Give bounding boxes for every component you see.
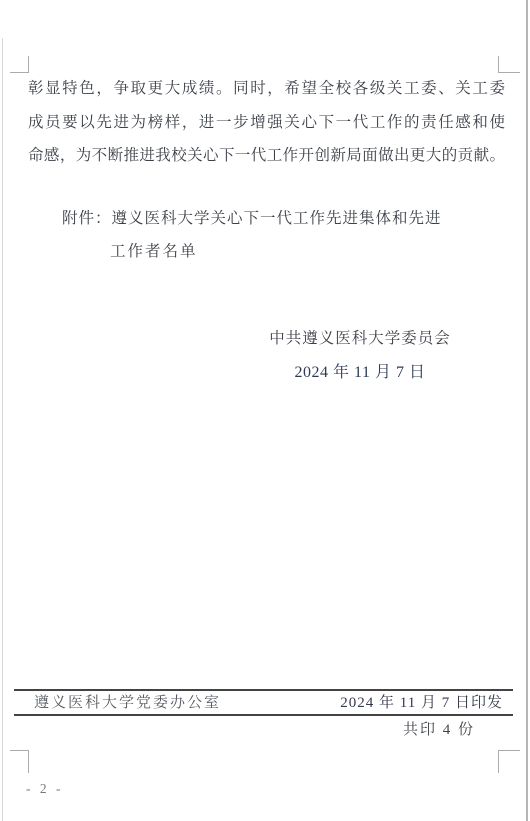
signature-date: 2024 年 11 月 7 日 [260, 361, 460, 385]
body-line: 命感，为不断推进我校关心下一代工作开创新局面做出更大的贡献。 [28, 139, 505, 173]
document-page: 彰显特色，争取更大成绩。同时，希望全校各级关工委、关工委 成员要以先进为榜样，进… [0, 0, 530, 821]
body-line: 彰显特色，争取更大成绩。同时，希望全校各级关工委、关工委 [28, 72, 505, 106]
body-line: 成员要以先进为榜样，进一步增强关心下一代工作的责任感和使 [28, 106, 505, 140]
signature-issuer: 中共遵义医科大学委员会 [260, 328, 460, 350]
crop-mark-top-left [10, 56, 29, 73]
footer-issuing-office: 遵义医科大学党委办公室 [34, 693, 221, 713]
page-number: - 2 - [26, 781, 64, 797]
footer-rule-top [14, 689, 513, 691]
footer-print-date: 2024 年 11 月 7 日印发 [340, 693, 503, 713]
crop-mark-top-right [498, 56, 520, 73]
attachment-reference-line-2: 工作者名单 [110, 235, 198, 268]
page-edge-left-line [2, 38, 3, 821]
crop-mark-bottom-right [498, 750, 520, 773]
footer-copies-count: 共印 4 份 [403, 720, 475, 740]
attachment-reference-line-1: 附件：遵义医科大学关心下一代工作先进集体和先进 [62, 202, 442, 235]
body-paragraph: 彰显特色，争取更大成绩。同时，希望全校各级关工委、关工委 成员要以先进为榜样，进… [28, 72, 505, 173]
footer-rule-bottom [14, 714, 513, 716]
crop-mark-bottom-left [10, 750, 29, 773]
page-edge-right-line [526, 0, 528, 821]
